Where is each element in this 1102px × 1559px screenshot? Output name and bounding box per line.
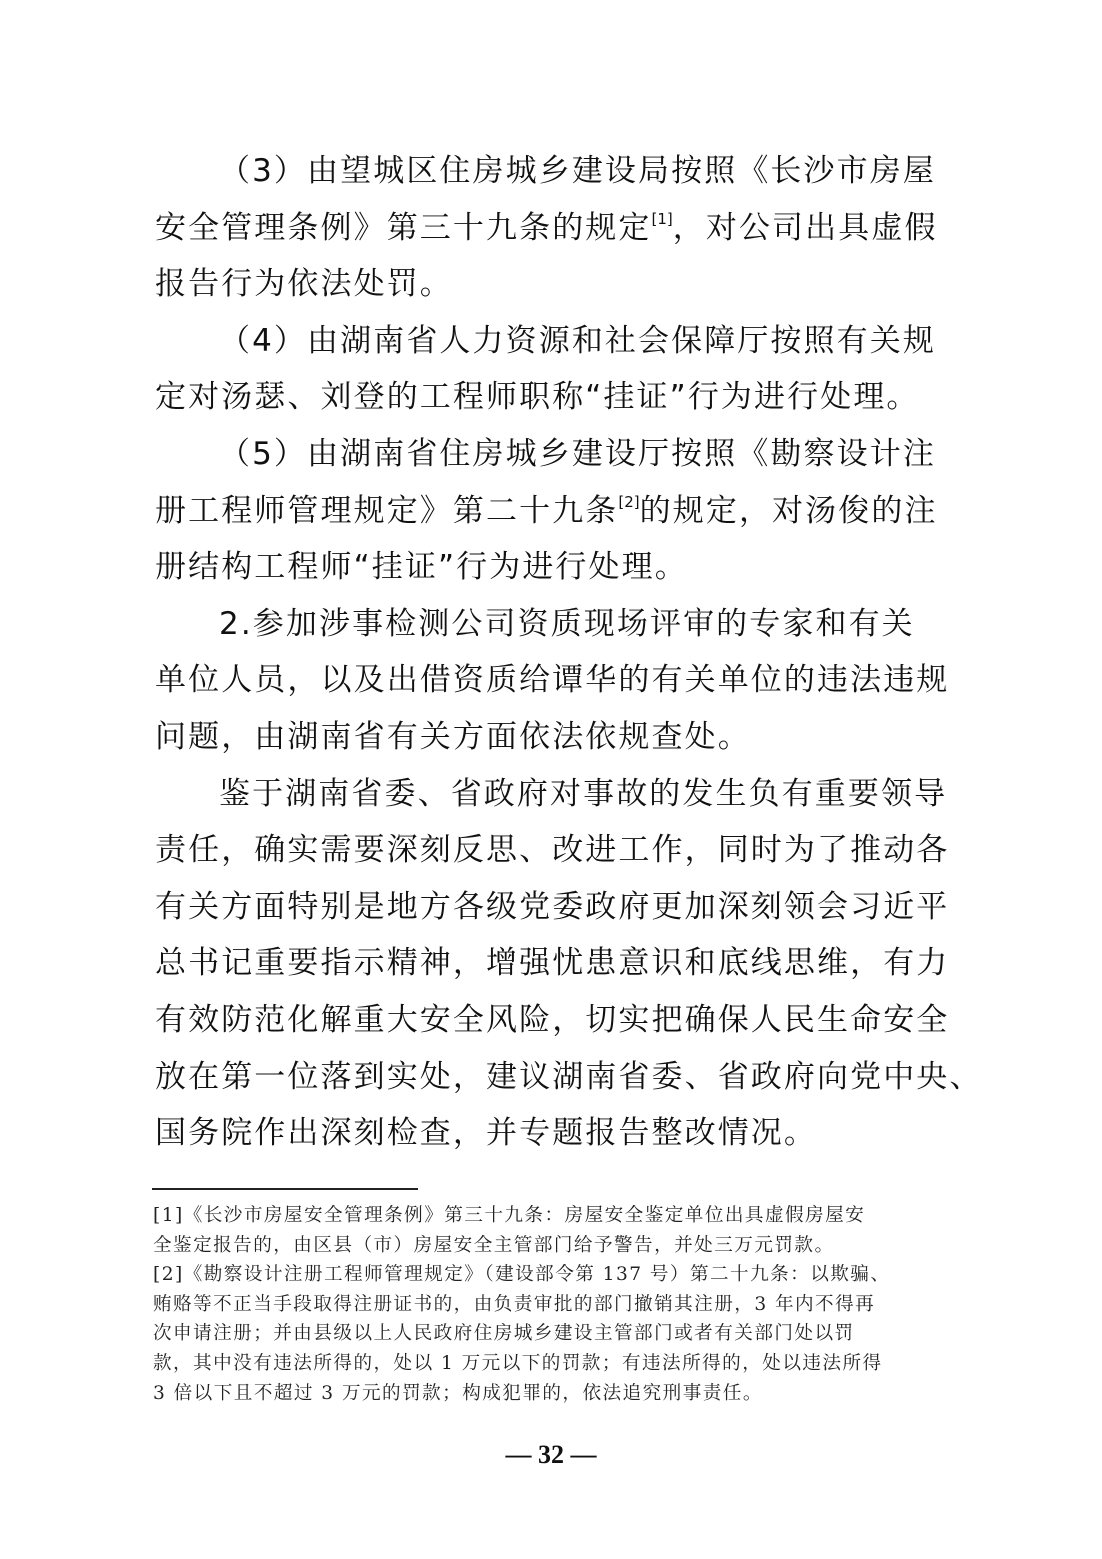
body-line: 鉴于湖南省委、省政府对事故的发生负有重要领导	[155, 766, 950, 823]
document-page: （3）由望城区住房城乡建设局按照《长沙市房屋 安全管理条例》第三十九条的规定[1…	[0, 0, 1102, 1559]
body-line: （5）由湖南省住房城乡建设厅按照《勘察设计注	[155, 426, 950, 483]
body-line: （4）由湖南省人力资源和社会保障厅按照有关规	[155, 313, 950, 370]
body-text: （3）由望城区住房城乡建设局按照《长沙市房屋 安全管理条例》第三十九条的规定[1…	[155, 143, 950, 1162]
body-line: 册工程师管理规定》第二十九条[2]的规定，对汤俊的注	[155, 483, 950, 540]
body-line: 2.参加涉事检测公司资质现场评审的专家和有关	[155, 596, 950, 653]
body-line: 责任，确实需要深刻反思、改进工作，同时为了推动各	[155, 822, 950, 879]
footnote-line: 3 倍以下且不超过 3 万元的罚款；构成犯罪的，依法追究刑事责任。	[153, 1379, 953, 1409]
body-line: 国务院作出深刻检查，并专题报告整改情况。	[155, 1105, 950, 1162]
footnote-line: 全鉴定报告的，由区县（市）房屋安全主管部门给予警告，并处三万元罚款。	[153, 1231, 953, 1261]
page-number: — 32 —	[0, 1440, 1102, 1470]
footnote-line: [1]《长沙市房屋安全管理条例》第三十九条：房屋安全鉴定单位出具虚假房屋安	[153, 1201, 953, 1231]
body-line: 定对汤瑟、刘登的工程师职称“挂证”行为进行处理。	[155, 369, 950, 426]
body-line: 单位人员，以及出借资质给谭华的有关单位的违法违规	[155, 652, 950, 709]
body-line: 问题，由湖南省有关方面依法依规查处。	[155, 709, 950, 766]
footnote-line: 贿赂等不正当手段取得注册证书的，由负责审批的部门撤销其注册，3 年内不得再	[153, 1290, 953, 1320]
footnote-ref-1[interactable]: [1]	[652, 210, 673, 228]
footnote-ref-2[interactable]: [2]	[618, 493, 639, 511]
body-line: 有效防范化解重大安全风险，切实把确保人民生命安全	[155, 992, 950, 1049]
footnotes: [1]《长沙市房屋安全管理条例》第三十九条：房屋安全鉴定单位出具虚假房屋安 全鉴…	[153, 1201, 953, 1408]
footnote-line: 次申请注册；并由县级以上人民政府住房城乡建设主管部门或者有关部门处以罚	[153, 1319, 953, 1349]
body-line: 册结构工程师“挂证”行为进行处理。	[155, 539, 950, 596]
body-line: 有关方面特别是地方各级党委政府更加深刻领会习近平	[155, 879, 950, 936]
body-line: 报告行为依法处罚。	[155, 256, 950, 313]
footnote-line: 款，其中没有违法所得的，处以 1 万元以下的罚款；有违法所得的，处以违法所得	[153, 1349, 953, 1379]
footnote-separator	[152, 1188, 418, 1190]
body-line: （3）由望城区住房城乡建设局按照《长沙市房屋	[155, 143, 950, 200]
body-line: 总书记重要指示精神，增强忧患意识和底线思维，有力	[155, 935, 950, 992]
body-line: 安全管理条例》第三十九条的规定[1]，对公司出具虚假	[155, 200, 950, 257]
footnote-line: [2]《勘察设计注册工程师管理规定》（建设部令第 137 号）第二十九条：以欺骗…	[153, 1260, 953, 1290]
body-line: 放在第一位落到实处，建议湖南省委、省政府向党中央、	[155, 1049, 950, 1106]
